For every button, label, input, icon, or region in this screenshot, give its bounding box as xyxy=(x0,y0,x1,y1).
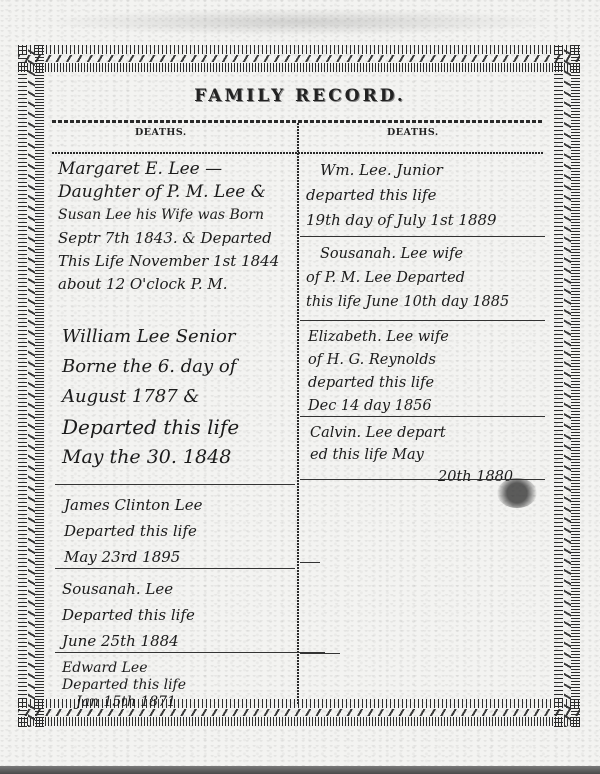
death-entry-william-lee-senior: William Lee Senior Borne the 6. day of A… xyxy=(62,322,239,472)
entry-line: Margaret E. Lee — xyxy=(58,158,279,181)
entry-line: Departed this life xyxy=(62,412,239,442)
death-entry-sousanah-lee-wife: Sousanah. Lee wife of P. M. Lee Departed… xyxy=(306,242,509,314)
death-entry-james-clinton-lee: James Clinton Lee Departed this life May… xyxy=(64,492,202,570)
column-heading-left: DEATHS. xyxy=(135,127,187,138)
entry-line: Wm. Lee. Junior xyxy=(306,158,497,183)
death-entry-edward-lee: Edward Lee Departed this life Jan 15th 1… xyxy=(62,660,186,711)
death-entry-wm-lee-junior: Wm. Lee. Junior departed this life 19th … xyxy=(306,158,497,233)
entry-line: August 1787 & xyxy=(62,382,239,412)
entry-divider xyxy=(55,568,295,569)
photocopy-smudge xyxy=(40,8,560,36)
entry-divider xyxy=(300,320,545,321)
border-right xyxy=(554,45,580,727)
entry-line: this life June 10th day 1885 xyxy=(306,290,509,314)
entry-line: Calvin. Lee depart xyxy=(310,422,513,444)
entry-line: Departed this life xyxy=(62,677,186,694)
entry-divider xyxy=(300,236,545,237)
entry-line: of P. M. Lee Departed xyxy=(306,266,509,290)
entry-line: Borne the 6. day of xyxy=(62,352,239,382)
entry-line: Departed this life xyxy=(64,518,202,544)
entry-line: Departed this life xyxy=(62,602,195,628)
entry-line: Dec 14 day 1856 xyxy=(308,395,449,418)
entry-line: Elizabeth. Lee wife xyxy=(308,326,449,349)
entry-divider xyxy=(55,484,295,485)
entry-line: Edward Lee xyxy=(62,660,186,677)
entry-line: William Lee Senior xyxy=(62,322,239,352)
border-left xyxy=(18,45,44,727)
entry-line: departed this life xyxy=(308,372,449,395)
entry-divider xyxy=(300,653,340,654)
border-top xyxy=(18,45,580,73)
death-entry-margaret-lee: Margaret E. Lee — Daughter of P. M. Lee … xyxy=(58,158,279,296)
entry-line: 19th day of July 1st 1889 xyxy=(306,208,497,233)
column-heading-right: DEATHS. xyxy=(387,127,439,138)
entry-line: June 25th 1884 xyxy=(62,628,195,654)
entry-line: This Life November 1st 1844 xyxy=(58,250,279,273)
entry-line: Susan Lee his Wife was Born xyxy=(58,204,279,227)
entry-line: Septr 7th 1843. & Departed xyxy=(58,227,279,250)
entry-divider xyxy=(300,562,320,563)
entry-line: departed this life xyxy=(306,183,497,208)
entry-line: Sousanah. Lee xyxy=(62,576,195,602)
entry-line: Sousanah. Lee wife xyxy=(306,242,509,266)
entry-line: May the 30. 1848 xyxy=(62,442,239,472)
entry-line: James Clinton Lee xyxy=(64,492,202,518)
entry-divider xyxy=(55,652,325,653)
entry-line: of H. G. Reynolds xyxy=(308,349,449,372)
entry-line: 20th 1880 xyxy=(310,466,513,488)
entry-line: Jan 15th 1871 xyxy=(62,694,186,711)
scan-edge-shadow xyxy=(0,766,600,774)
entry-line: Daughter of P. M. Lee & xyxy=(58,181,279,204)
entry-line: ed this life May xyxy=(310,444,513,466)
column-divider xyxy=(297,122,299,704)
ink-stain xyxy=(497,478,537,508)
entry-divider xyxy=(300,416,545,417)
death-entry-elizabeth-lee: Elizabeth. Lee wife of H. G. Reynolds de… xyxy=(308,326,449,418)
entry-line: about 12 O'clock P. M. xyxy=(58,273,279,296)
entry-line: May 23rd 1895 xyxy=(64,544,202,570)
death-entry-sousanah-lee: Sousanah. Lee Departed this life June 25… xyxy=(62,576,195,654)
page-title: FAMILY RECORD. xyxy=(0,86,600,106)
